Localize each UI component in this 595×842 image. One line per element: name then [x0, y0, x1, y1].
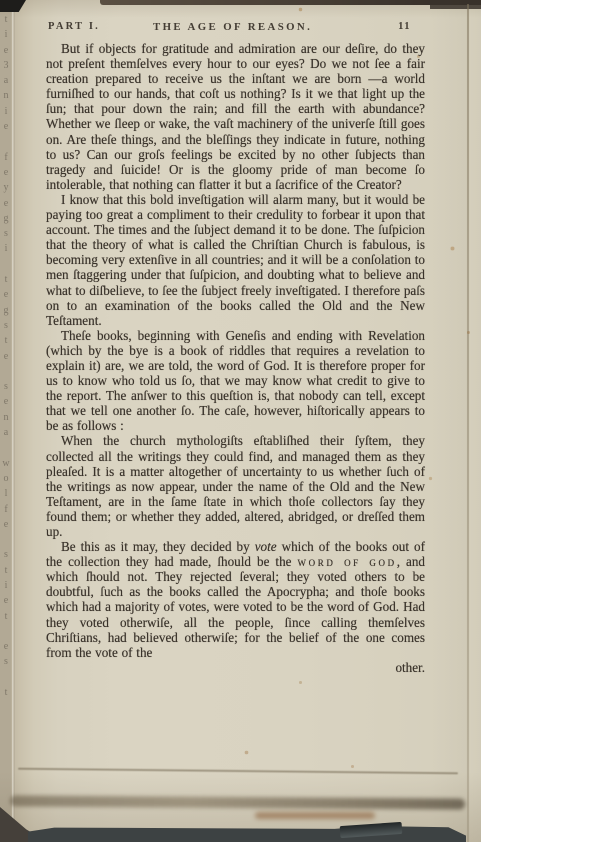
edge-letter-fragment: t [1, 685, 11, 700]
edge-letter-fragment: t [1, 272, 11, 287]
edge-letter-fragment: e [1, 119, 11, 134]
edge-letter-fragment: f [1, 150, 11, 165]
edge-letter-fragment: t [1, 563, 11, 578]
paragraph: I know that this bold inveſtigation will… [46, 192, 425, 328]
edge-letter-fragment: 3 [1, 58, 11, 73]
edge-letter-fragment: s [1, 547, 11, 562]
edge-letter-fragment: e [1, 287, 11, 302]
running-header: PART I. THE AGE OF REASON. 11 [46, 21, 425, 35]
edge-letter-fragment: n [1, 410, 11, 425]
edge-letter-fragment: i [1, 104, 11, 119]
paragraph-segment: But if objects for gratitude and admirat… [46, 41, 425, 192]
scanner-corner [0, 0, 26, 12]
header-page-number: 11 [398, 21, 411, 32]
book-page-scan: tie3aniefeyegsitegstesenawolfestietest P… [0, 0, 481, 842]
paragraph: But if objects for gratitude and admirat… [46, 41, 425, 192]
edge-letter-fragment: o [1, 471, 11, 486]
edge-letter-fragment: s [1, 318, 11, 333]
page-top-edge-shadow-right [430, 0, 481, 9]
edge-letter-fragment: s [1, 654, 11, 669]
edge-letter-fragment: s [1, 379, 11, 394]
edge-letter-fragment: e [1, 165, 11, 180]
edge-letter-fragment: t [1, 333, 11, 348]
edge-letter-fragment: n [1, 88, 11, 103]
edge-letter-fragment: t [1, 609, 11, 624]
edge-letter-fragment: s [1, 226, 11, 241]
edge-letter-fragment: e [1, 43, 11, 58]
facing-page-edge-text: tie3aniefeyegsitegstesenawolfestietest [1, 12, 11, 700]
paragraph: When the church mythologiſts eſtabliſhed… [46, 433, 425, 539]
edge-letter-fragment [1, 670, 11, 685]
scanned-book-page: { "page": { "header": { "left": "PART I.… [0, 0, 595, 842]
header-book-title: THE AGE OF REASON. [153, 21, 312, 33]
edge-letter-fragment: a [1, 73, 11, 88]
paragraph: other. [46, 660, 425, 675]
paragraph-segment: word of god [298, 554, 397, 569]
edge-letter-fragment: a [1, 425, 11, 440]
edge-letter-fragment: g [1, 303, 11, 318]
edge-letter-fragment [1, 134, 11, 149]
edge-letter-fragment [1, 624, 11, 639]
edge-letter-fragment: y [1, 180, 11, 195]
gutter-crease [12, 0, 15, 842]
edge-letter-fragment: e [1, 196, 11, 211]
fore-edge-fold-line [467, 4, 469, 842]
edge-letter-fragment [1, 364, 11, 379]
paragraph-segment: , and which ſhould not. They rejected ſe… [46, 554, 425, 660]
paragraph-segment: Theſe books, beginning with Geneſis and … [46, 328, 425, 434]
paper-crease [18, 768, 458, 775]
text-block: But if objects for gratitude and admirat… [46, 41, 425, 675]
paragraph-segment: Be this as it may, they decided by [61, 539, 255, 554]
paper-crease-shadow [10, 795, 465, 809]
edge-letter-fragment: t [1, 12, 11, 27]
edge-letter-fragment: e [1, 349, 11, 364]
foxing-spots [0, 0, 1, 1]
edge-letter-fragment: i [1, 578, 11, 593]
edge-letter-fragment: e [1, 593, 11, 608]
edge-letter-fragment: w [1, 456, 11, 471]
edge-letter-fragment: l [1, 486, 11, 501]
edge-letter-fragment: f [1, 502, 11, 517]
paragraph: Theſe books, beginning with Geneſis and … [46, 328, 425, 434]
paragraph: Be this as it may, they decided by vote … [46, 539, 425, 660]
edge-letter-fragment: g [1, 211, 11, 226]
edge-letter-fragment [1, 257, 11, 272]
edge-letter-fragment: e [1, 394, 11, 409]
edge-letter-fragment: e [1, 517, 11, 532]
edge-letter-fragment [1, 440, 11, 455]
edge-letter-fragment [1, 532, 11, 547]
header-part-label: PART I. [48, 21, 100, 32]
paragraph-segment: vote [255, 539, 277, 554]
page-top-edge-shadow [100, 0, 481, 5]
paragraph-segment: other. [395, 660, 425, 675]
paragraph-segment: I know that this bold inveſtigation will… [46, 192, 425, 328]
edge-letter-fragment: e [1, 639, 11, 654]
paper-stain [255, 812, 375, 819]
paragraph-segment: When the church mythologiſts eſtabliſhed… [46, 433, 425, 539]
edge-letter-fragment: i [1, 27, 11, 42]
edge-letter-fragment: i [1, 241, 11, 256]
